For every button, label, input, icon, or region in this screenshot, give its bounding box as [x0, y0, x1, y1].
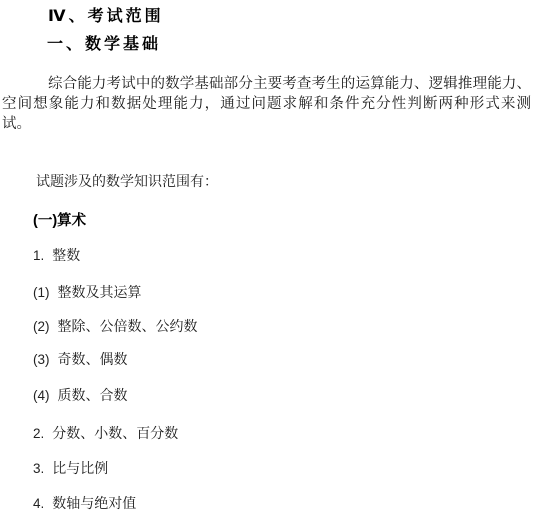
- list-item: (1)整数及其运算: [33, 284, 142, 303]
- intro-paragraph: 综合能力考试中的数学基础部分主要考查考生的运算能力、逻辑推理能力、 空间想象能力…: [2, 74, 531, 134]
- list-item-text: 奇数、偶数: [58, 353, 128, 368]
- list-item: (3)奇数、偶数: [33, 351, 128, 370]
- scope-intro-line: 试题涉及的数学知识范围有：: [36, 174, 218, 192]
- subsection-heading-arithmetic: (一)算术: [33, 212, 86, 230]
- document-page: Ⅳ、考试范围 一、数学基础 综合能力考试中的数学基础部分主要考查考生的运算能力、…: [0, 0, 535, 522]
- list-item-text: 质数、合数: [58, 389, 128, 404]
- intro-paragraph-line-1: 综合能力考试中的数学基础部分主要考查考生的运算能力、逻辑推理能力、: [2, 74, 531, 94]
- list-item-marker: (3): [33, 352, 50, 367]
- list-item-text: 数轴与绝对值: [52, 497, 136, 512]
- list-item-text: 整数及其运算: [58, 286, 142, 301]
- intro-paragraph-line-2: 空间想象能力和数据处理能力，通过问题求解和条件充分性判断两种形式来测: [2, 94, 531, 114]
- list-item-marker: 4.: [33, 496, 44, 511]
- list-item-marker: 3.: [33, 461, 44, 476]
- list-item-marker: 2.: [33, 426, 44, 441]
- list-item-text: 比与比例: [52, 462, 108, 477]
- list-item-marker: 1.: [33, 248, 44, 263]
- list-item-text: 整除、公倍数、公约数: [58, 320, 198, 335]
- list-item-marker: (2): [33, 319, 50, 334]
- list-item-marker: (4): [33, 388, 50, 403]
- list-item: 1.整数: [33, 247, 80, 266]
- list-item: (4)质数、合数: [33, 387, 128, 406]
- list-item: 2.分数、小数、百分数: [33, 425, 178, 444]
- list-item: 4.数轴与绝对值: [33, 495, 136, 514]
- list-item-text: 整数: [52, 249, 80, 264]
- list-item: (2)整除、公倍数、公约数: [33, 318, 198, 337]
- list-item: 3.比与比例: [33, 460, 108, 479]
- section-heading-math-basics: 一、数学基础: [47, 35, 161, 55]
- list-item-text: 分数、小数、百分数: [52, 427, 178, 442]
- list-item-marker: (1): [33, 285, 50, 300]
- chapter-heading-exam-scope: Ⅳ、考试范围: [48, 7, 164, 27]
- intro-paragraph-line-3: 试。: [2, 114, 531, 134]
